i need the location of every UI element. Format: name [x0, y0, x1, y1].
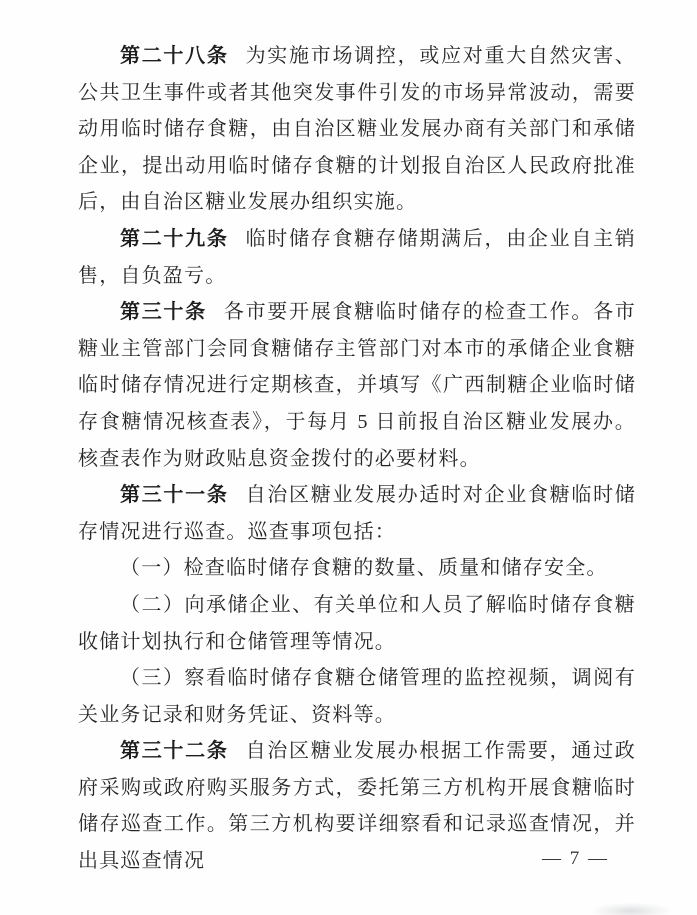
- paragraph-text: 为实施市场调控，或应对重大自然灾害、公共卫生事件或者其他突发事件引发的市场异常波…: [78, 45, 636, 213]
- scan-artifact: [592, 903, 670, 915]
- paragraph-text: （二）向承储企业、有关单位和人员了解临时储存食糖收储计划执行和仓储管理等情况。: [78, 594, 636, 653]
- article-number: 第三十二条: [120, 740, 229, 762]
- page-number: — 7 —: [542, 848, 609, 870]
- article-number: 第二十八条: [120, 45, 229, 67]
- paragraph-article-30: 第三十条各市要开展食糖临时储存的检查工作。各市糖业主管部门会同食糖储存主管部门对…: [78, 294, 636, 477]
- article-number: 第二十九条: [120, 228, 229, 250]
- paragraph-text: （三）察看临时储存食糖仓储管理的监控视频，调阅有关业务记录和财务凭证、资料等。: [78, 667, 636, 726]
- paragraph-text: （一）检查临时储存食糖的数量、质量和储存安全。: [120, 557, 608, 579]
- paragraph-item-3: （三）察看临时储存食糖仓储管理的监控视频，调阅有关业务记录和财务凭证、资料等。: [78, 660, 636, 733]
- paragraph-article-28: 第二十八条为实施市场调控，或应对重大自然灾害、公共卫生事件或者其他突发事件引发的…: [78, 38, 636, 221]
- article-number: 第三十一条: [120, 484, 229, 506]
- document-page: 第二十八条为实施市场调控，或应对重大自然灾害、公共卫生事件或者其他突发事件引发的…: [0, 0, 697, 915]
- paragraph-text: 各市要开展食糖临时储存的检查工作。各市糖业主管部门会同食糖储存主管部门对本市的承…: [78, 301, 636, 469]
- article-number: 第三十条: [120, 301, 207, 323]
- paragraph-item-2: （二）向承储企业、有关单位和人员了解临时储存食糖收储计划执行和仓储管理等情况。: [78, 587, 636, 660]
- paragraph-article-31: 第三十一条自治区糖业发展办适时对企业食糖临时储存情况进行巡查。巡查事项包括：: [78, 477, 636, 550]
- paragraph-item-1: （一）检查临时储存食糖的数量、质量和储存安全。: [78, 550, 636, 587]
- paragraph-article-29: 第二十九条临时储存食糖存储期满后，由企业自主销售，自负盈亏。: [78, 221, 636, 294]
- document-body: 第二十八条为实施市场调控，或应对重大自然灾害、公共卫生事件或者其他突发事件引发的…: [78, 38, 636, 880]
